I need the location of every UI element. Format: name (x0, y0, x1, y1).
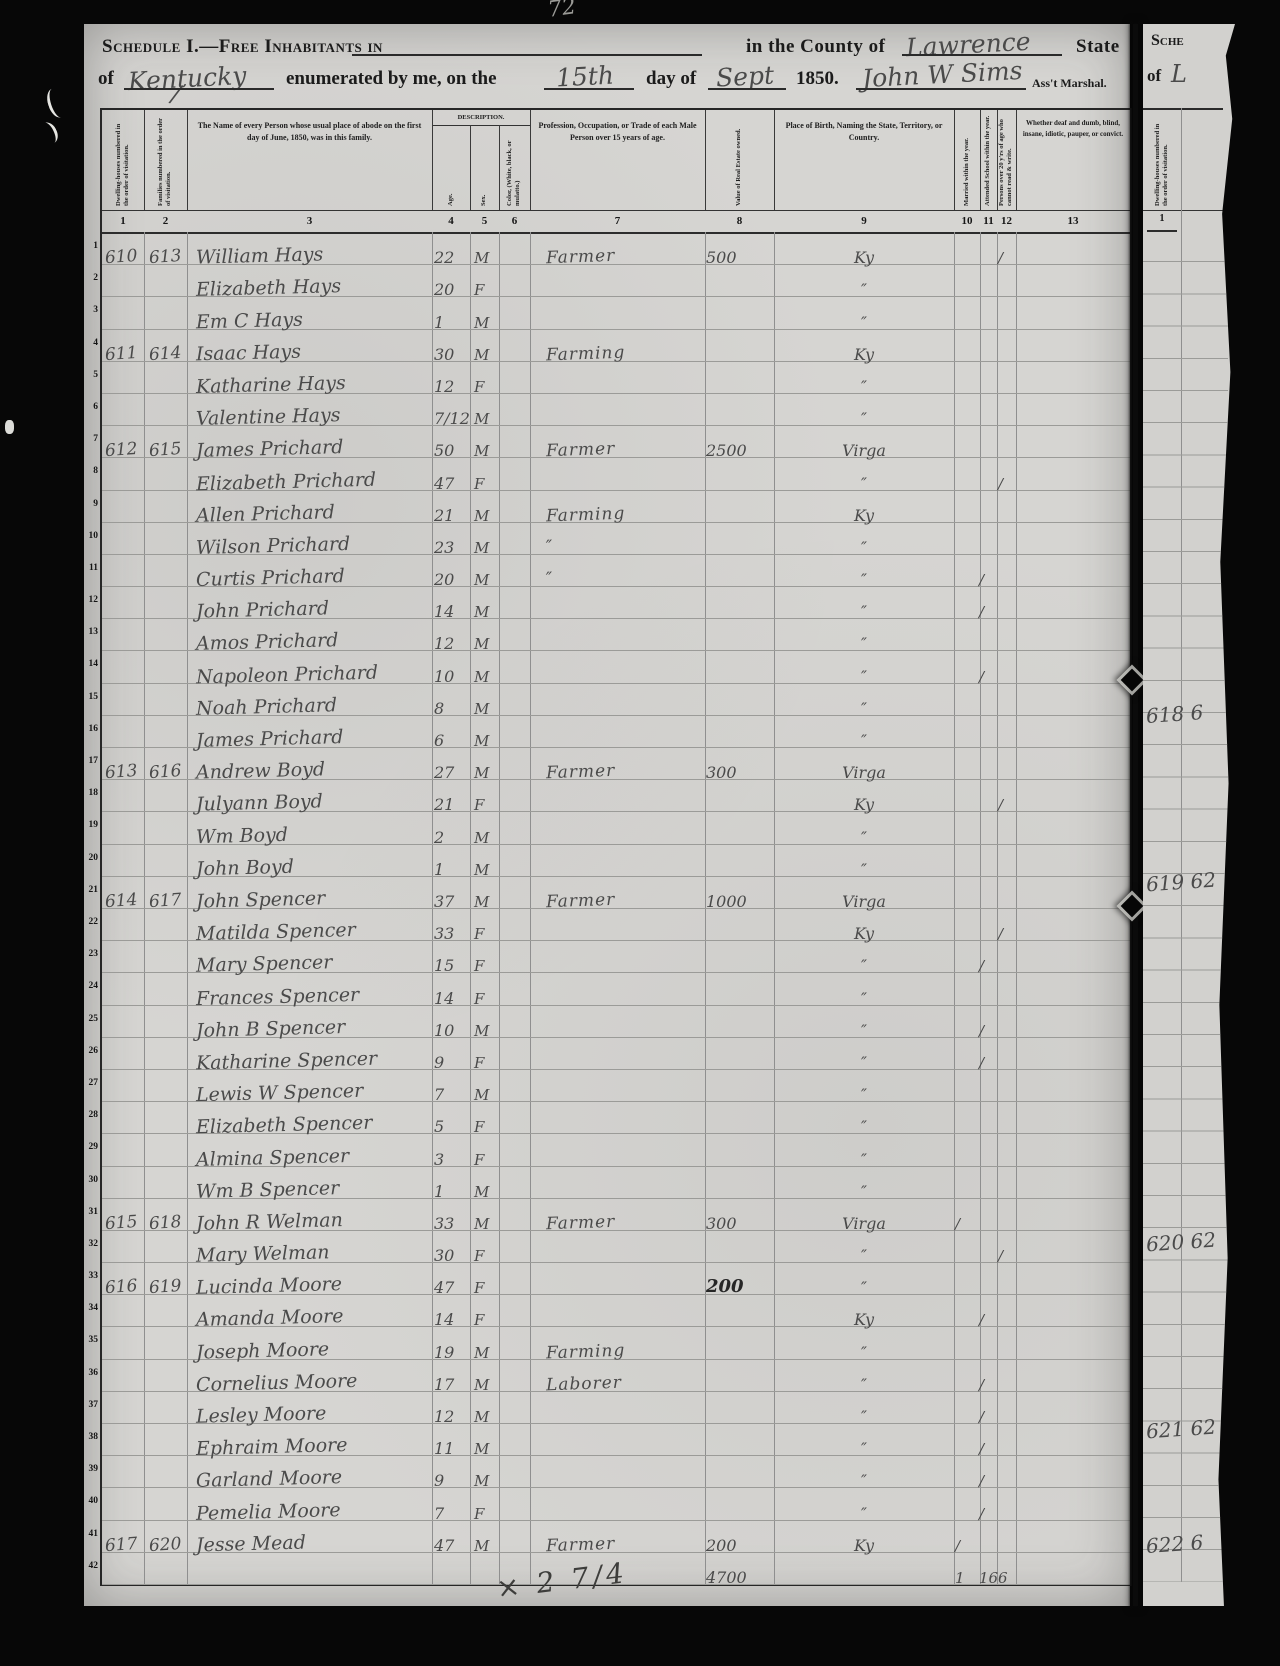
table-row: Mary Spencer15F″/ (102, 940, 1130, 973)
row-number: 5 (86, 359, 98, 391)
table-row: Elizabeth Spencer5F″ (102, 1101, 1130, 1134)
state-blank-line (124, 88, 274, 90)
table-rows: 610613William Hays22MFarmer500Ky/Elizabe… (102, 232, 1130, 1584)
table-row: 613616Andrew Boyd27MFarmer300Virga (102, 747, 1130, 780)
state-label: State (1076, 36, 1120, 58)
row-number: 12 (86, 584, 98, 616)
col-header-birthplace: Place of Birth, Naming the State, Territ… (774, 110, 954, 145)
table-row: Napoleon Prichard10M″/ (102, 650, 1130, 683)
row-number: 36 (86, 1357, 98, 1389)
col-header-sex: Sex. (480, 128, 488, 206)
next-page-entry: 620 62 (1145, 1228, 1216, 1257)
table-row: John B Spencer10M″/ (102, 1005, 1130, 1038)
table-row: John Boyd1M″ (102, 844, 1130, 877)
film-edge-mark (38, 120, 61, 146)
state-value-handwritten: Kentucky (127, 61, 247, 96)
column-number: 10 (954, 210, 980, 232)
table-row: Cornelius Moore17MLaborer″/ (102, 1359, 1130, 1392)
col-header-condition: Whether deaf and dumb, blind, insane, id… (1016, 110, 1130, 139)
table-row: Katharine Hays12F″ (102, 361, 1130, 394)
film-edge-mark (44, 86, 69, 120)
table-row: 615618John R Welman33MFarmer300Virga/ (102, 1198, 1130, 1231)
next-page-entry: 622 6 (1145, 1530, 1204, 1558)
column-number: 8 (705, 210, 774, 232)
row-number: 23 (86, 938, 98, 970)
column-number: 9 (774, 210, 954, 232)
row-number: 6 (86, 391, 98, 423)
next-page-of-label: of (1147, 66, 1161, 86)
table-row: 614617John Spencer37MFarmer1000Virga (102, 876, 1130, 909)
table-row: Katharine Spencer9F″/ (102, 1037, 1130, 1070)
column-number: 7 (530, 210, 705, 232)
table-row: Julyann Boyd21FKy/ (102, 779, 1130, 812)
col-header-value: Value of Real Estate owned. (735, 114, 743, 206)
cell-c11: 16 (979, 1569, 998, 1587)
table-row: Curtis Prichard20M″″/ (102, 554, 1130, 587)
form-title-line1: Schedule I.—Free Inhabitants in (102, 36, 383, 58)
row-number: 15 (86, 681, 98, 713)
row-number: 29 (86, 1131, 98, 1163)
row-number: 9 (86, 488, 98, 520)
locality-blank-line (352, 54, 702, 56)
col-header-age: Age. (447, 128, 455, 206)
table-row: Wm Boyd2M″ (102, 811, 1130, 844)
table-row: Noah Prichard8M″ (102, 683, 1130, 716)
page-gutter-line (1133, 24, 1138, 1606)
table-row: Elizabeth Hays20F″ (102, 264, 1130, 297)
column-number: 6 (499, 210, 530, 232)
row-number: 16 (86, 713, 98, 745)
schedule-title: Schedule I.—Free Inhabitants in (102, 36, 383, 57)
column-number: 4 (432, 210, 470, 232)
row-number: 19 (86, 809, 98, 841)
table-row: Lewis W Spencer7M″ (102, 1069, 1130, 1102)
table-row: Frances Spencer14F″ (102, 972, 1130, 1005)
row-number: 33 (86, 1260, 98, 1292)
next-page-of-script: L (1171, 60, 1187, 88)
col-header-profession: Profession, Occupation, or Trade of each… (530, 110, 705, 145)
film-edge-mark (5, 420, 14, 434)
census-scan: 72 Schedule I.—Free Inhabitants in in th… (0, 0, 1280, 1666)
row-number: 17 (86, 745, 98, 777)
day-blank-line (544, 88, 634, 90)
county-blank-line (902, 54, 1062, 56)
column-number: 1 (102, 210, 144, 232)
row-number: 8 (86, 455, 98, 487)
table-row: Garland Moore9M″/ (102, 1455, 1130, 1488)
next-page-header: Dwelling-houses numbered in the order of… (1143, 108, 1223, 211)
row-number: 20 (86, 842, 98, 874)
row-number: 22 (86, 906, 98, 938)
table-row: 612615James Prichard50MFarmer2500Virga (102, 425, 1130, 458)
table-row: 616619Lucinda Moore47F200″ (102, 1262, 1130, 1295)
row-number: 7 (86, 423, 98, 455)
col-header-illiterate: Persons over 20 y'rs of age who cannot r… (998, 114, 1014, 206)
row-number: 40 (86, 1485, 98, 1517)
column-number: 3 (187, 210, 432, 232)
row-number: 4 (86, 327, 98, 359)
next-page-fragment: Sche of L Dwelling-houses numbered in th… (1143, 24, 1235, 1606)
enumerated-label: enumerated by me, on the (286, 68, 497, 90)
next-page-entry: 619 62 (1145, 868, 1216, 897)
column-number-row: 12345678910111213 (102, 210, 1130, 234)
row-number: 10 (86, 520, 98, 552)
table-row: Matilda Spencer33FKy/ (102, 908, 1130, 941)
row-number: 14 (86, 648, 98, 680)
table-row: Em C Hays1M″ (102, 296, 1130, 329)
marshal-blank-line (856, 88, 1026, 90)
pencil-annotation-top: 72 (546, 0, 577, 23)
row-number: 1 (86, 230, 98, 262)
county-label: in the County of (746, 36, 885, 58)
census-table: Dwelling-houses numbered in the order of… (100, 108, 1132, 1586)
row-number: 38 (86, 1421, 98, 1453)
table-row: Mary Welman30F″/ (102, 1230, 1130, 1263)
row-number: 42 (86, 1550, 98, 1582)
row-number: 2 (86, 262, 98, 294)
row-number: 41 (86, 1518, 98, 1550)
row-number: 26 (86, 1035, 98, 1067)
col-header-school: Attended School within the year. (984, 114, 992, 206)
row-number: 37 (86, 1389, 98, 1421)
table-row: Ephraim Moore11M″/ (102, 1423, 1130, 1456)
row-number: 30 (86, 1164, 98, 1196)
next-page-entry: 618 6 (1145, 700, 1204, 728)
table-row: Wm B Spencer1M″ (102, 1166, 1130, 1199)
table-row: Lesley Moore12M″/ (102, 1391, 1130, 1424)
column-number: 11 (980, 210, 997, 232)
row-number: 39 (86, 1453, 98, 1485)
table-row: Joseph Moore19MFarming″ (102, 1326, 1130, 1359)
table-row: Valentine Hays7/12M″ (102, 393, 1130, 426)
col-header-dwelling: Dwelling-houses numbered in the order of… (115, 114, 131, 206)
row-number: 34 (86, 1292, 98, 1324)
table-row: 611614Isaac Hays30MFarmingKy (102, 329, 1130, 362)
description-band: DESCRIPTION. (432, 110, 530, 126)
table-row: Pemelia Moore7F″/ (102, 1487, 1130, 1520)
table-row: James Prichard6M″ (102, 715, 1130, 748)
table-row: 617620Jesse Mead47MFarmer200Ky/ (102, 1520, 1130, 1553)
of-label: of (98, 68, 114, 90)
row-number: 31 (86, 1196, 98, 1228)
table-row: Wilson Prichard23M″″ (102, 522, 1130, 555)
table-row: Allen Prichard21MFarmingKy (102, 490, 1130, 523)
column-number: 5 (470, 210, 499, 232)
column-number: 13 (1016, 210, 1130, 232)
table-row: Elizabeth Prichard47F″/ (102, 457, 1130, 490)
column-number: 12 (997, 210, 1016, 232)
col-header-family: Families numbered in the order of visita… (157, 114, 173, 206)
schedule-page: Schedule I.—Free Inhabitants in in the C… (84, 24, 1130, 1606)
row-number: 32 (86, 1228, 98, 1260)
row-number: 24 (86, 970, 98, 1002)
year-label: 1850. (796, 68, 839, 90)
cell-c12: 6 (998, 1569, 1008, 1587)
next-page-col1-header: Dwelling-houses numbered in the order of… (1154, 114, 1170, 206)
next-page-title-fragment: Sche (1151, 32, 1184, 50)
row-number: 13 (86, 616, 98, 648)
cell-c10: 1 (955, 1569, 965, 1587)
next-page-rows: 618 6619 62620 62621 62622 6 (1143, 230, 1228, 1582)
cell-val: 4700 (706, 1568, 747, 1587)
table-row: John Prichard14M″/ (102, 586, 1130, 619)
row-number: 3 (86, 294, 98, 326)
row-number: 18 (86, 777, 98, 809)
table-row: Amanda Moore14FKy/ (102, 1294, 1130, 1327)
table-row: 610613William Hays22MFarmer500Ky/ (102, 232, 1130, 265)
next-page-column-number: 1 (1147, 208, 1177, 232)
row-number: 25 (86, 1003, 98, 1035)
next-page-entry: 621 62 (1145, 1415, 1216, 1444)
month-blank-line (708, 88, 786, 90)
table-header: Dwelling-houses numbered in the order of… (102, 110, 1130, 211)
row-number: 28 (86, 1099, 98, 1131)
table-row: Amos Prichard12M″ (102, 618, 1130, 651)
column-number: 2 (144, 210, 187, 232)
col-header-name: The Name of every Person whose usual pla… (187, 110, 432, 145)
col-header-color: Color, (White, black, or mulatto.) (506, 128, 522, 206)
marshal-label: Ass't Marshal. (1032, 76, 1107, 91)
col-header-married: Married within the year. (963, 114, 971, 206)
row-number: 35 (86, 1324, 98, 1356)
row-number: 27 (86, 1067, 98, 1099)
table-row: Almina Spencer3F″ (102, 1133, 1130, 1166)
row-number: 11 (86, 552, 98, 584)
day-of-label: day of (646, 68, 696, 90)
row-number: 21 (86, 874, 98, 906)
